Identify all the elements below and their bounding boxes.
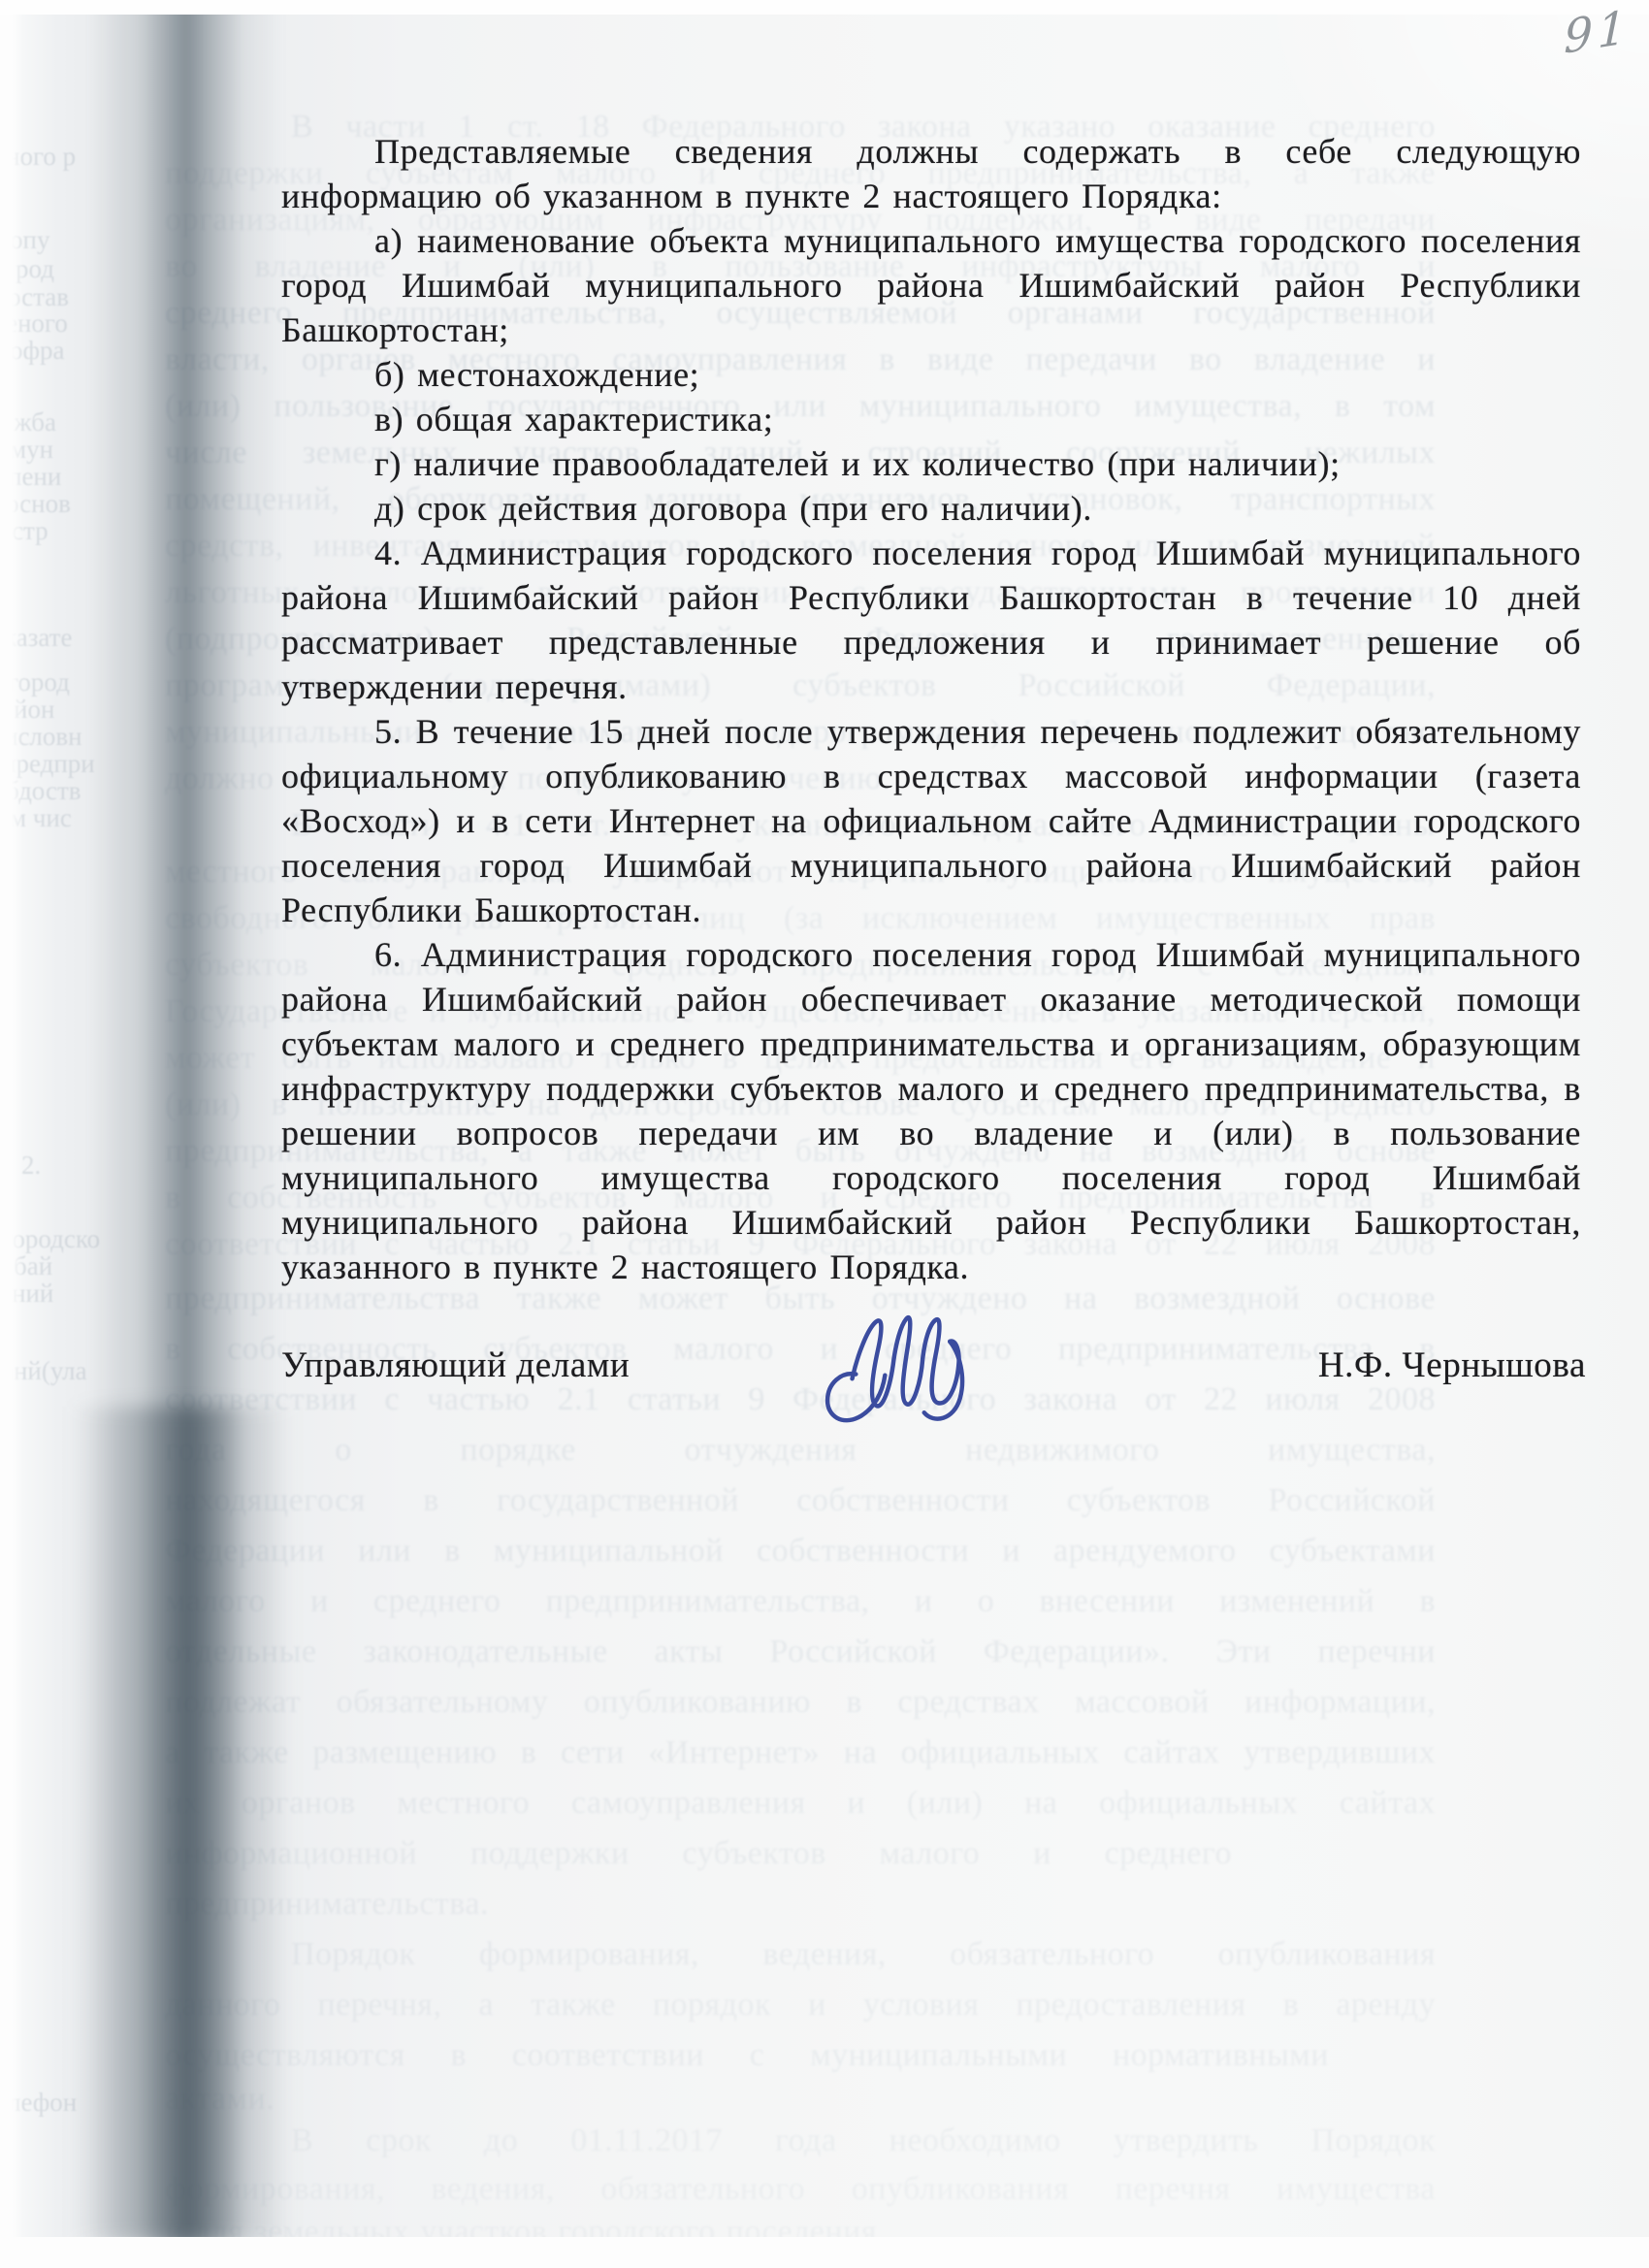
bleed-line: малого и среднего предпринимательства, и… <box>165 1583 1436 1620</box>
bleed-line: года о порядке отчуждения недвижимого им… <box>165 1432 1436 1469</box>
bleed-line: соответствии с частью 2.1 статьи 9 Федер… <box>165 1381 1436 1418</box>
scan-edge-bottom <box>0 2237 1649 2268</box>
scan-edge-left <box>0 0 23 2268</box>
paragraph: 5. В течение 15 дней после утверждения п… <box>281 709 1581 932</box>
bleed-line: информационной поддержки субъектов малог… <box>165 1835 1232 1872</box>
document-body: Представляемые сведения должны содержать… <box>281 129 1581 1289</box>
left-edge-fragment: 2. <box>21 1150 41 1181</box>
paragraph: 4. Администрация городского поселения го… <box>281 531 1581 709</box>
bleed-line: а также размещению в сети «Интернет» на … <box>165 1734 1436 1771</box>
paragraph: Представляемые сведения должны содержать… <box>281 129 1581 218</box>
scan-spine-shadow-bottom <box>72 1407 295 2241</box>
paragraph: в) общая характеристика; <box>281 397 1581 441</box>
signature-title: Управляющий делами <box>281 1345 630 1386</box>
bleed-line: данного перечня, а также порядок и услов… <box>165 1987 1436 2024</box>
bleed-line: осуществляются в соответствии с муниципа… <box>165 2037 1329 2074</box>
scanned-document-page: В части 1 ст. 18 Федерального закона ука… <box>0 0 1649 2268</box>
paragraph: 6. Администрация городского поселения го… <box>281 932 1581 1289</box>
handwritten-page-number: 91 <box>1564 0 1632 65</box>
scan-edge-top <box>0 0 1649 15</box>
paragraph: д) срок действия договора (при его налич… <box>281 486 1581 531</box>
signature-name: Н.Ф. Чернышова <box>1318 1345 1586 1386</box>
paragraph: а) наименование объекта муниципального и… <box>281 218 1581 352</box>
signature-ink <box>814 1293 992 1445</box>
bleed-line: формирования, ведения, обязательного опу… <box>165 2171 1436 2208</box>
bleed-line: их органов местного самоуправления и (ил… <box>165 1785 1436 1822</box>
bleed-line: В срок до 01.11.2017 года необходимо утв… <box>291 2122 1436 2159</box>
bleed-line: подлежат обязательному опубликованию в с… <box>165 1684 1436 1721</box>
paragraph: б) местонахождение; <box>281 352 1581 397</box>
bleed-line: Федерации или в муниципальной собственно… <box>165 1533 1436 1570</box>
paragraph: г) наличие правообладателей и их количес… <box>281 441 1581 486</box>
bleed-line: Порядок формирования, ведения, обязатель… <box>291 1936 1436 1973</box>
bleed-line: отдельные законодательные акты Российско… <box>165 1634 1436 1670</box>
bleed-line: находящегося в государственной собственн… <box>165 1482 1436 1519</box>
